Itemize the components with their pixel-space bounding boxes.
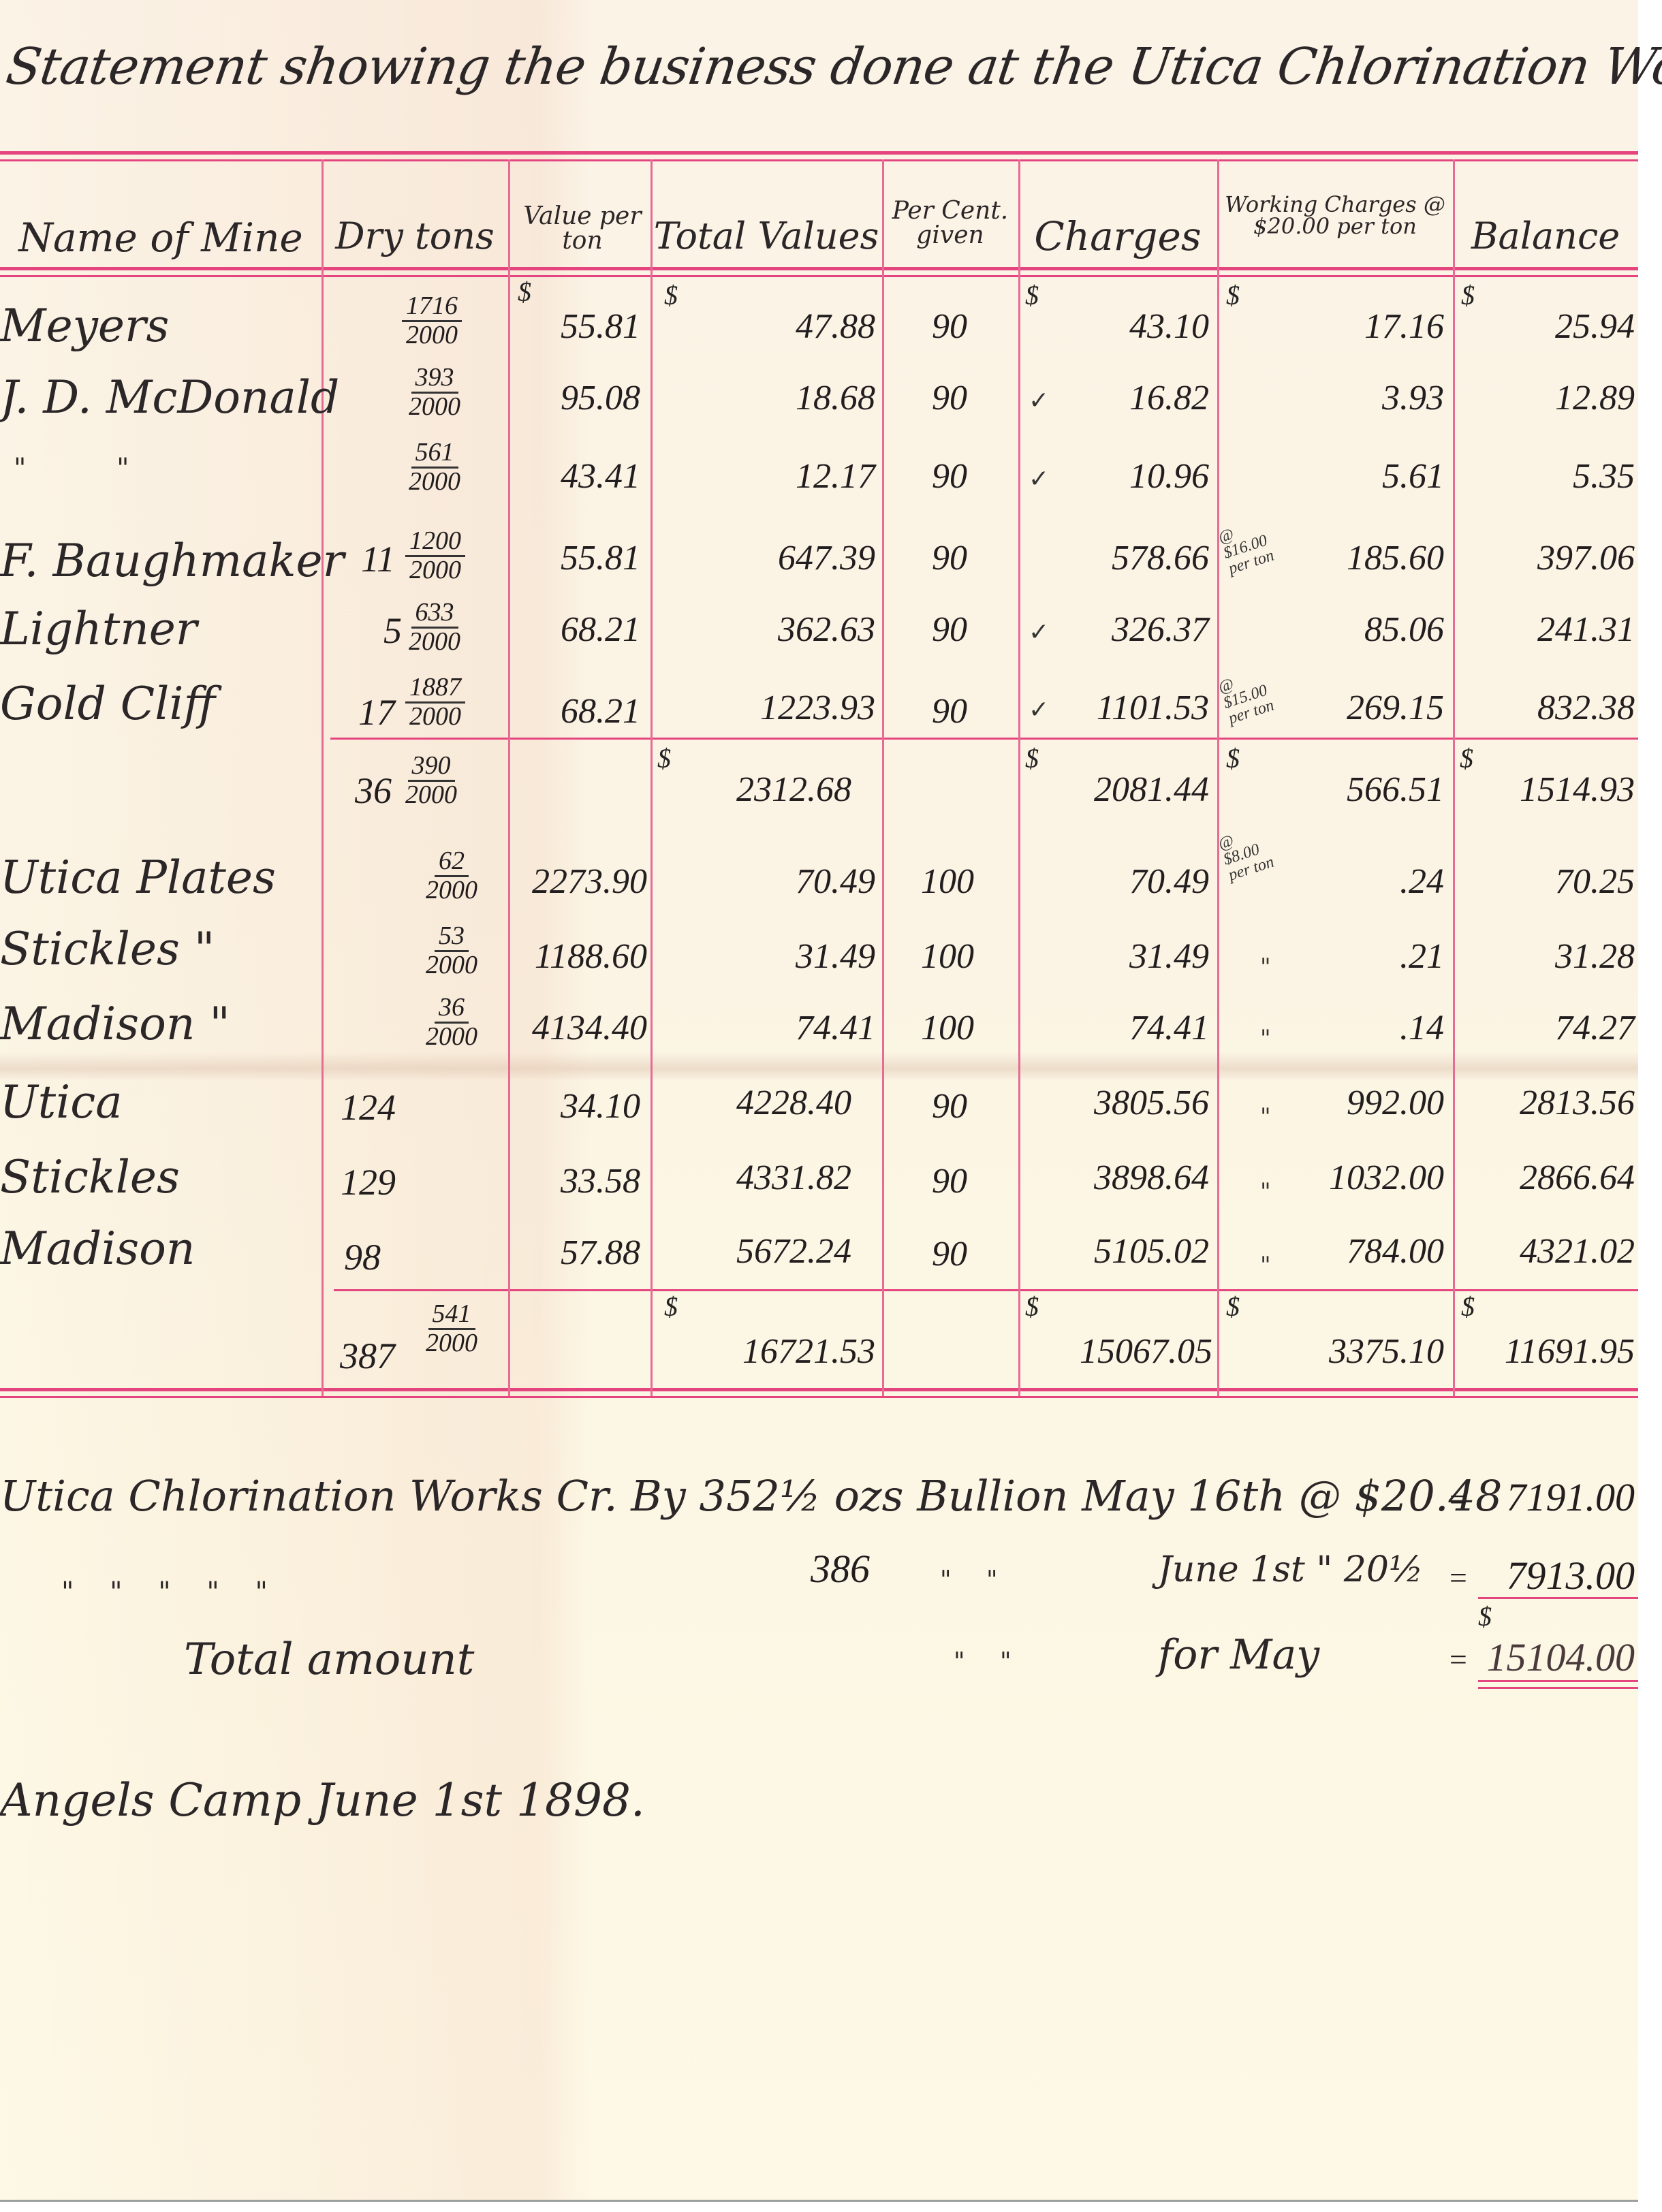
subtotal-charges: 2081.44 (1022, 770, 1209, 810)
header-value-per-ton: Value per ton (518, 204, 647, 253)
total-value: 1223.93 (654, 688, 875, 728)
percent-given: 90 (885, 306, 967, 347)
summary-total-amount: 15104.00 (1464, 1634, 1635, 1680)
column-divider (1018, 159, 1020, 1396)
balance: 4321.02 (1458, 1231, 1635, 1271)
summary-total-underline (1478, 1680, 1638, 1682)
header-percent-given: Per Cent. given (885, 199, 1015, 248)
dry-tons-whole: 11 (354, 538, 395, 580)
working-charges: 5.61 (1223, 456, 1444, 496)
working-charges: 17.16 (1223, 306, 1444, 347)
subtotal-tons-fraction: 3902000 (405, 753, 457, 809)
column-divider (508, 159, 510, 1396)
summary-line-2-amount: 7913.00 (1464, 1553, 1635, 1598)
balance: 5.35 (1458, 456, 1635, 496)
charges: 70.49 (1022, 862, 1209, 902)
subtotal-total-value: 2312.68 (654, 770, 851, 810)
total-value: 12.17 (654, 456, 875, 496)
working-charges: .24 (1223, 862, 1444, 902)
subtotal-working-charges: 566.51 (1223, 770, 1444, 810)
percent-given: 90 (885, 610, 967, 650)
dollar-sign: $ (1025, 1291, 1039, 1323)
balance: 2866.64 (1458, 1158, 1635, 1198)
grand-total-total-value: 16721.53 (654, 1331, 875, 1372)
working-charges: .14 (1223, 1008, 1444, 1048)
total-value: 4228.40 (654, 1083, 851, 1123)
value-per-ton: 95.08 (518, 378, 640, 418)
summary-line-2-ditto-2: " " (940, 1566, 1012, 1594)
grand-total-charges: 15067.05 (1022, 1331, 1212, 1372)
column-divider (882, 159, 884, 1396)
charges: 31.49 (1022, 936, 1209, 977)
working-charges: 3.93 (1223, 378, 1444, 418)
value-per-ton: 68.21 (518, 610, 640, 650)
mine-name: F. Baughmaker (0, 535, 344, 587)
balance: 25.94 (1458, 306, 1635, 347)
dry-tons-whole: 98 (344, 1236, 412, 1278)
paper-fold-crease (0, 1052, 1638, 1079)
header-bottom-rule (0, 267, 1638, 270)
dollar-sign: $ (518, 276, 531, 308)
grand-total-tons-whole: 387 (327, 1335, 395, 1377)
dry-tons-whole: 129 (341, 1161, 409, 1203)
mine-name-ditto: " " (14, 453, 170, 484)
summary-line-2-text: June 1st " 20½ (1158, 1549, 1423, 1590)
value-per-ton: 33.58 (518, 1161, 640, 1201)
table-bottom-rule (0, 1388, 1638, 1391)
balance: 70.25 (1458, 862, 1635, 902)
mine-name: Madison (0, 1222, 195, 1275)
summary-line-1-amount: 7191.00 (1464, 1474, 1635, 1520)
percent-given: 90 (885, 456, 967, 496)
dollar-sign: $ (1478, 1600, 1492, 1632)
charges: 5105.02 (1022, 1231, 1209, 1271)
mine-name: J. D. McDonald (0, 371, 339, 424)
header-top-rule (0, 151, 1638, 155)
dry-tons-fraction: 17162000 (402, 293, 462, 349)
charges: 16.82 (1022, 378, 1209, 418)
working-charges: 185.60 (1223, 538, 1444, 578)
percent-given: 90 (885, 1086, 967, 1126)
column-divider (650, 159, 653, 1396)
working-charges: 85.06 (1223, 610, 1444, 650)
dry-tons-fraction: 6332000 (409, 599, 460, 656)
ledger-page: Statement showing the business done at t… (0, 0, 1638, 2202)
header-total-values: Total Values (650, 218, 882, 255)
summary-line-2-ounces: 386 (811, 1546, 899, 1592)
header-dry-tons: Dry tons (322, 218, 508, 255)
dry-tons-fraction: 18872000 (405, 674, 465, 731)
total-value: 74.41 (654, 1008, 875, 1048)
table-bottom-rule-second (0, 1396, 1638, 1398)
value-per-ton: 2273.90 (514, 862, 647, 902)
header-top-rule-second (0, 159, 1638, 161)
value-per-ton: 1188.60 (514, 936, 647, 977)
document-title: Statement showing the business done at t… (3, 37, 1662, 96)
header-working-charges: Working Charges @ $20.00 per ton (1221, 193, 1449, 237)
dry-tons-fraction: 3932000 (409, 364, 460, 421)
mine-name: Utica Plates (0, 851, 276, 904)
balance: 397.06 (1458, 538, 1635, 578)
place-and-date: Angels Camp June 1st 1898. (0, 1774, 645, 1827)
header-bottom-rule-second (0, 275, 1638, 277)
charges: 3898.64 (1022, 1158, 1209, 1198)
balance: 74.27 (1458, 1008, 1635, 1048)
dollar-sign: $ (1461, 1291, 1475, 1323)
working-charges: 784.00 (1223, 1231, 1444, 1271)
value-per-ton: 55.81 (518, 538, 640, 578)
percent-given: 90 (885, 1161, 967, 1201)
subtotal-balance: 1514.93 (1458, 770, 1635, 810)
mine-name: Gold Cliff (0, 678, 215, 730)
working-charges: 992.00 (1223, 1083, 1444, 1123)
percent-given: 90 (885, 691, 967, 731)
summary-line-3-ditto: " " (954, 1648, 1025, 1676)
percent-given: 100 (885, 1008, 974, 1048)
working-charges: 1032.00 (1223, 1158, 1444, 1198)
dry-tons-fraction: 12002000 (405, 528, 465, 584)
charges: 74.41 (1022, 1008, 1209, 1048)
balance: 832.38 (1458, 688, 1635, 728)
dry-tons-whole: 5 (368, 610, 402, 652)
header-charges: Charges (1018, 217, 1217, 256)
header-name-of-mine: Name of Mine (0, 218, 322, 257)
column-divider (1453, 159, 1455, 1396)
grand-total-tons-fraction: 5412000 (426, 1301, 477, 1357)
mine-name: Madison " (0, 998, 230, 1050)
percent-given: 90 (885, 538, 967, 578)
percent-given: 90 (885, 1234, 967, 1274)
total-value: 4331.82 (654, 1158, 851, 1198)
value-per-ton: 43.41 (518, 456, 640, 496)
summary-line-3-text: for May (1158, 1631, 1319, 1679)
dry-tons-whole: 17 (354, 691, 395, 733)
dollar-sign: $ (664, 1291, 678, 1323)
charges: 10.96 (1022, 456, 1209, 496)
charges: 3805.56 (1022, 1083, 1209, 1123)
percent-given: 90 (885, 378, 967, 418)
balance: 31.28 (1458, 936, 1635, 977)
header-balance: Balance (1453, 218, 1638, 255)
mine-name: Stickles (0, 1151, 180, 1203)
total-value: 5672.24 (654, 1231, 851, 1271)
charges: 1101.53 (1022, 688, 1209, 728)
total-value: 362.63 (654, 610, 875, 650)
summary-line-1-text: Utica Chlorination Works Cr. By 352½ ozs… (0, 1471, 1502, 1521)
mine-name: Utica (0, 1076, 123, 1128)
percent-given: 100 (885, 936, 974, 977)
balance: 241.31 (1458, 610, 1635, 650)
charges: 43.10 (1022, 306, 1209, 347)
mine-name: Meyers (0, 300, 169, 352)
value-per-ton: 68.21 (518, 691, 640, 731)
column-divider (322, 159, 324, 1396)
summary-total-label: Total amount (184, 1634, 474, 1685)
dry-tons-fraction: 362000 (426, 994, 477, 1051)
mine-name: Lightner (0, 603, 197, 655)
dollar-sign: $ (1226, 1291, 1240, 1323)
grand-total-rule (334, 1289, 1638, 1291)
total-value: 47.88 (654, 306, 875, 347)
grand-total-working-charges: 3375.10 (1223, 1331, 1444, 1372)
dry-tons-fraction: 532000 (426, 923, 477, 979)
value-per-ton: 57.88 (518, 1233, 640, 1273)
working-charges: .21 (1223, 936, 1444, 977)
dry-tons-fraction: 622000 (426, 848, 477, 904)
mine-name: Stickles " (0, 923, 215, 975)
working-charges: 269.15 (1223, 688, 1444, 728)
charges: 578.66 (1022, 538, 1209, 578)
summary-line-2-ditto: " " " " " (61, 1577, 281, 1608)
dry-tons-whole: 124 (341, 1086, 409, 1128)
summary-line-2-underline (1478, 1597, 1638, 1599)
value-per-ton: 55.81 (518, 306, 640, 347)
percent-given: 100 (885, 862, 974, 902)
total-value: 647.39 (654, 538, 875, 578)
subtotal-tons-whole: 36 (344, 770, 392, 812)
total-value: 18.68 (654, 378, 875, 418)
value-per-ton: 34.10 (518, 1086, 640, 1126)
total-value: 31.49 (654, 936, 875, 977)
subtotal-rule (330, 738, 1638, 740)
dry-tons-fraction: 5612000 (409, 439, 460, 496)
column-divider (1217, 159, 1219, 1396)
balance: 12.89 (1458, 378, 1635, 418)
charges: 326.37 (1022, 610, 1209, 650)
summary-total-underline-second (1478, 1687, 1638, 1689)
balance: 2813.56 (1458, 1083, 1635, 1123)
value-per-ton: 4134.40 (514, 1008, 647, 1048)
grand-total-balance: 11691.95 (1458, 1331, 1635, 1372)
total-value: 70.49 (654, 862, 875, 902)
